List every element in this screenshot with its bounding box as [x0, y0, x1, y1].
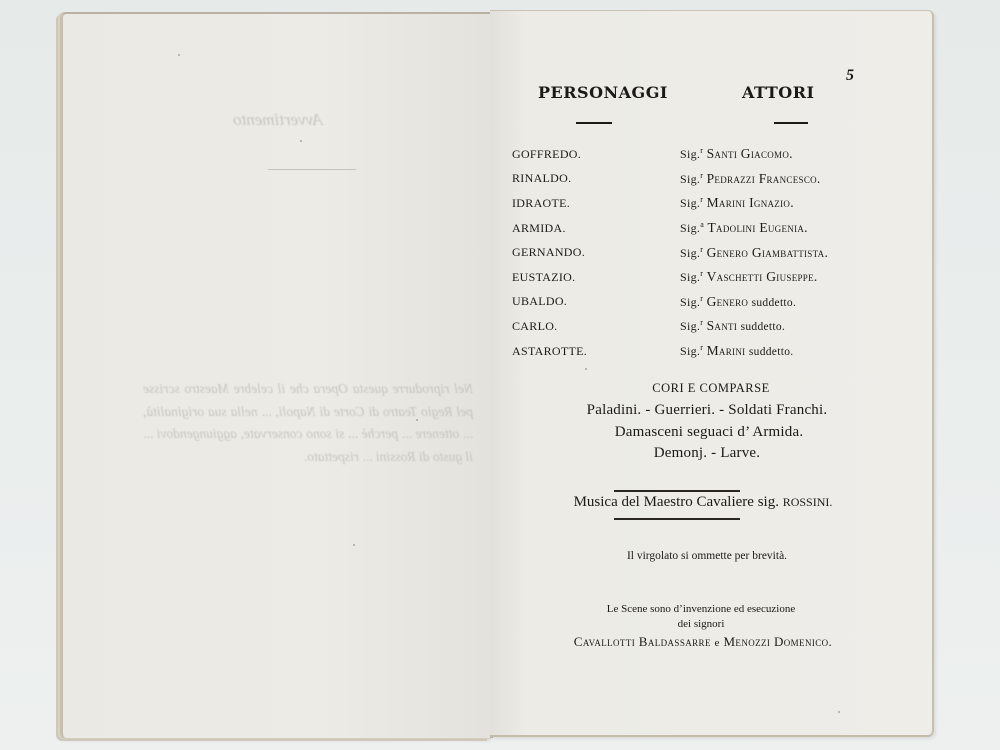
- page-number: 5: [846, 67, 854, 85]
- role: CARLO.: [512, 319, 680, 334]
- actors-header-rule: [774, 122, 808, 124]
- paper-speck: [300, 140, 302, 142]
- chorus-title: CORI E COMPARSE: [490, 381, 932, 396]
- bleed-through-rule: [268, 169, 356, 170]
- role: GOFFREDO.: [512, 147, 680, 162]
- music-credit-prefix: Musica del Maestro Cavaliere sig.: [574, 494, 779, 510]
- actor: Sig.r Genero Giambattista.: [680, 245, 828, 261]
- scenery-credit-line: dei signori: [480, 618, 922, 630]
- cast-row: CARLO. Sig.r Santi suddetto.: [512, 314, 912, 339]
- actors-header: ATTORI: [742, 83, 815, 102]
- cast-row: UBALDO. Sig.r Genero suddetto.: [512, 290, 912, 315]
- cast-row: ARMIDA. Sig.a Tadolini Eugenia.: [512, 216, 912, 241]
- actor: Sig.r Marini Ignazio.: [680, 195, 794, 211]
- actor: Sig.r Marini suddetto.: [680, 343, 793, 359]
- paper-speck: [416, 419, 418, 421]
- actor: Sig.r Santi Giacomo.: [680, 146, 793, 162]
- bleed-through-text: Nel riprodurre questa Opera che il celeb…: [143, 381, 473, 464]
- cast-list: GOFFREDO. Sig.r Santi Giacomo. RINALDO. …: [512, 142, 912, 363]
- divider-rule: [614, 490, 740, 492]
- paper-speck: [585, 368, 587, 370]
- paper-speck: [353, 544, 355, 546]
- scenery-artist: Menozzi Domenico.: [723, 634, 832, 649]
- cast-row: RINALDO. Sig.r Pedrazzi Francesco.: [512, 167, 912, 192]
- scenery-artists: Cavallotti Baldassarre e Menozzi Domenic…: [482, 634, 924, 650]
- actor: Sig.r Vaschetti Giuseppe.: [680, 269, 818, 285]
- paper-speck: [838, 711, 840, 713]
- role: UBALDO.: [512, 294, 680, 309]
- omission-note: Il virgolato si ommette per brevità.: [486, 550, 928, 562]
- right-page: 5 PERSONAGGI ATTORI GOFFREDO. Sig.r Sant…: [490, 10, 934, 737]
- actor: Sig.r Genero suddetto.: [680, 294, 796, 310]
- actor: Sig.r Santi suddetto.: [680, 318, 785, 334]
- role: ASTAROTTE.: [512, 344, 680, 359]
- composer-name: Rossini.: [783, 495, 833, 509]
- chorus-line: Damasceni seguaci d’ Armida.: [488, 424, 930, 441]
- chorus-line: Demonj. - Larve.: [486, 445, 928, 462]
- bleed-through-title: Avvertimento: [233, 110, 323, 130]
- scenery-artist: Cavallotti Baldassarre: [574, 634, 711, 649]
- role: ARMIDA.: [512, 221, 680, 236]
- paper-speck: [178, 54, 180, 56]
- role: GERNANDO.: [512, 245, 680, 260]
- cast-row: GOFFREDO. Sig.r Santi Giacomo.: [512, 142, 912, 167]
- characters-header: PERSONAGGI: [538, 83, 668, 102]
- music-credit: Musica del Maestro Cavaliere sig. Rossin…: [482, 494, 924, 511]
- divider-rule: [614, 518, 740, 520]
- actor: Sig.r Pedrazzi Francesco.: [680, 171, 821, 187]
- left-page: Avvertimento Nel riprodurre questa Opera…: [60, 12, 491, 739]
- role: RINALDO.: [512, 171, 680, 186]
- scenery-credit-line: Le Scene sono d’invenzione ed esecuzione: [480, 603, 922, 615]
- role: EUSTAZIO.: [512, 270, 680, 285]
- cast-row: GERNANDO. Sig.r Genero Giambattista.: [512, 240, 912, 265]
- conjunction: e: [715, 637, 720, 649]
- bleed-through-body: Nel riprodurre questa Opera che il celeb…: [143, 378, 473, 468]
- actor: Sig.a Tadolini Eugenia.: [680, 220, 808, 236]
- cast-row: EUSTAZIO. Sig.r Vaschetti Giuseppe.: [512, 265, 912, 290]
- chorus-line: Paladini. - Guerrieri. - Soldati Franchi…: [486, 402, 928, 419]
- cast-row: IDRAOTE. Sig.r Marini Ignazio.: [512, 191, 912, 216]
- cast-row: ASTAROTTE. Sig.r Marini suddetto.: [512, 339, 912, 364]
- characters-header-rule: [576, 122, 612, 124]
- role: IDRAOTE.: [512, 196, 680, 211]
